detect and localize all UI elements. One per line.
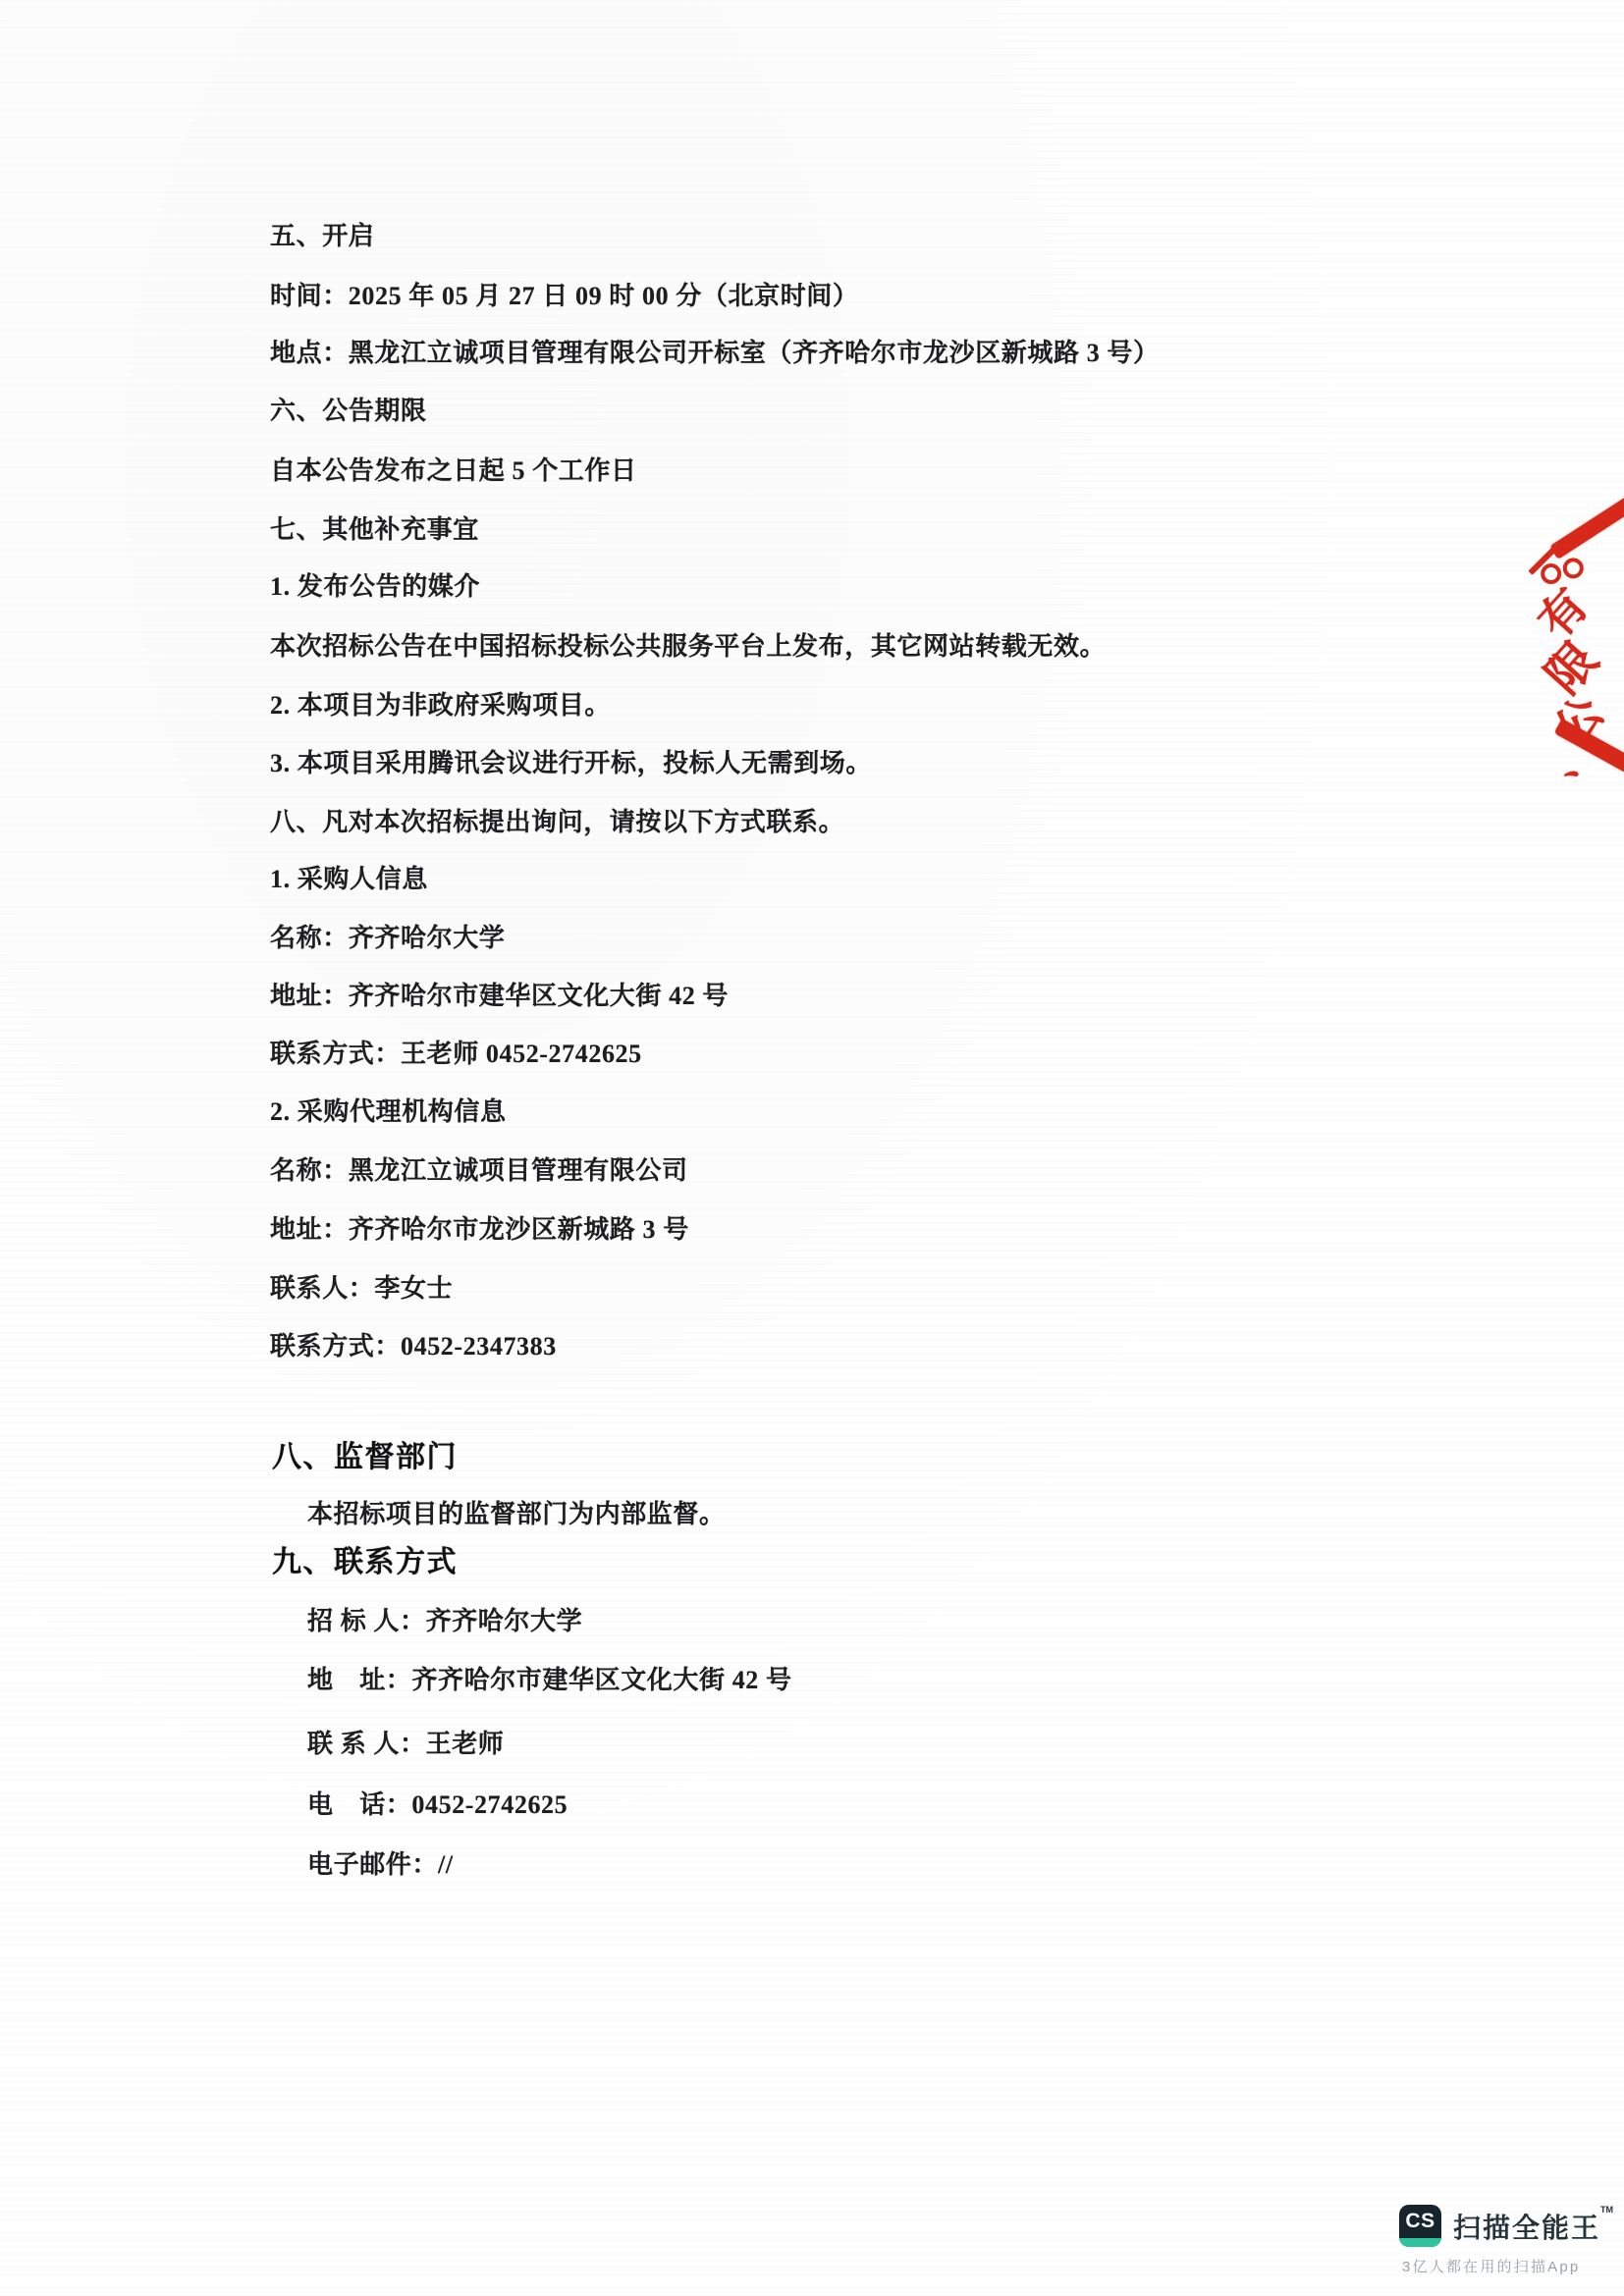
line-notice-period-detail: 自本公告发布之日起 5 个工作日 bbox=[270, 454, 637, 488]
line-open-location: 地点：黑龙江立诚项目管理有限公司开标室（齐齐哈尔市龙沙区新城路 3 号） bbox=[270, 337, 1160, 370]
trademark-symbol: TM bbox=[1600, 2205, 1613, 2215]
section6-heading-notice-period: 六、公告期限 bbox=[270, 395, 427, 428]
camscanner-icon-letters: CS bbox=[1399, 2210, 1441, 2233]
line-tenderer-address: 地 址：齐齐哈尔市建华区文化大街 42 号 bbox=[307, 1664, 792, 1697]
line-tencent-meeting-item: 3. 本项目采用腾讯会议进行开标，投标人无需到场。 bbox=[270, 747, 872, 780]
line-agency-contact-person: 联系人：李女士 bbox=[270, 1272, 453, 1306]
line-media-detail: 本次招标公告在中国招标投标公共服务平台上发布，其它网站转载无效。 bbox=[270, 630, 1106, 664]
line-tenderer-contact-person: 联 系 人：王老师 bbox=[307, 1728, 504, 1761]
red-seal-fragment: 有 限 公 、 bbox=[1532, 496, 1624, 790]
line-agency-contact-phone: 联系方式：0452-2347383 bbox=[270, 1330, 557, 1363]
line-tenderer-phone: 电 话：0452-2742625 bbox=[307, 1789, 568, 1822]
section5-heading-opening: 五、开启 bbox=[270, 220, 374, 253]
camscanner-icon-band bbox=[1399, 2238, 1441, 2247]
line-agency-address: 地址：齐齐哈尔市龙沙区新城路 3 号 bbox=[270, 1213, 689, 1247]
line-tenderer: 招 标 人：齐齐哈尔大学 bbox=[307, 1605, 582, 1638]
camscanner-brand-text: 扫描全能王TM bbox=[1453, 2207, 1613, 2246]
section8-heading-inquiry: 八、凡对本次招标提出询问，请按以下方式联系。 bbox=[270, 806, 844, 839]
camscanner-icon: CS bbox=[1399, 2205, 1441, 2247]
line-purchaser-name: 名称：齐齐哈尔大学 bbox=[270, 922, 505, 955]
line-purchaser-info-title: 1. 采购人信息 bbox=[270, 863, 428, 896]
line-tenderer-email: 电子邮件：// bbox=[307, 1848, 454, 1882]
line-open-time: 时间：2025 年 05 月 27 日 09 时 00 分（北京时间） bbox=[270, 280, 859, 313]
scanned-document-page: 五、开启 时间：2025 年 05 月 27 日 09 时 00 分（北京时间）… bbox=[0, 0, 1624, 2296]
line-purchaser-address: 地址：齐齐哈尔市建华区文化大街 42 号 bbox=[270, 980, 729, 1013]
line-non-government-item: 2. 本项目为非政府采购项目。 bbox=[270, 689, 611, 722]
section7-heading-supplementary: 七、其他补充事宜 bbox=[270, 513, 479, 547]
line-purchaser-contact: 联系方式：王老师 0452-2742625 bbox=[270, 1038, 642, 1071]
camscanner-tagline: 3亿人都在用的扫描App bbox=[1402, 2256, 1598, 2276]
line-agency-name: 名称：黑龙江立诚项目管理有限公司 bbox=[270, 1154, 688, 1188]
line-media-item: 1. 发布公告的媒介 bbox=[270, 570, 480, 604]
heading-contact-info: 九、联系方式 bbox=[272, 1546, 458, 1579]
line-agency-info-title: 2. 采购代理机构信息 bbox=[270, 1095, 507, 1129]
line-supervision-detail: 本招标项目的监督部门为内部监督。 bbox=[307, 1498, 726, 1531]
heading-supervision-department: 八、监督部门 bbox=[272, 1441, 458, 1474]
